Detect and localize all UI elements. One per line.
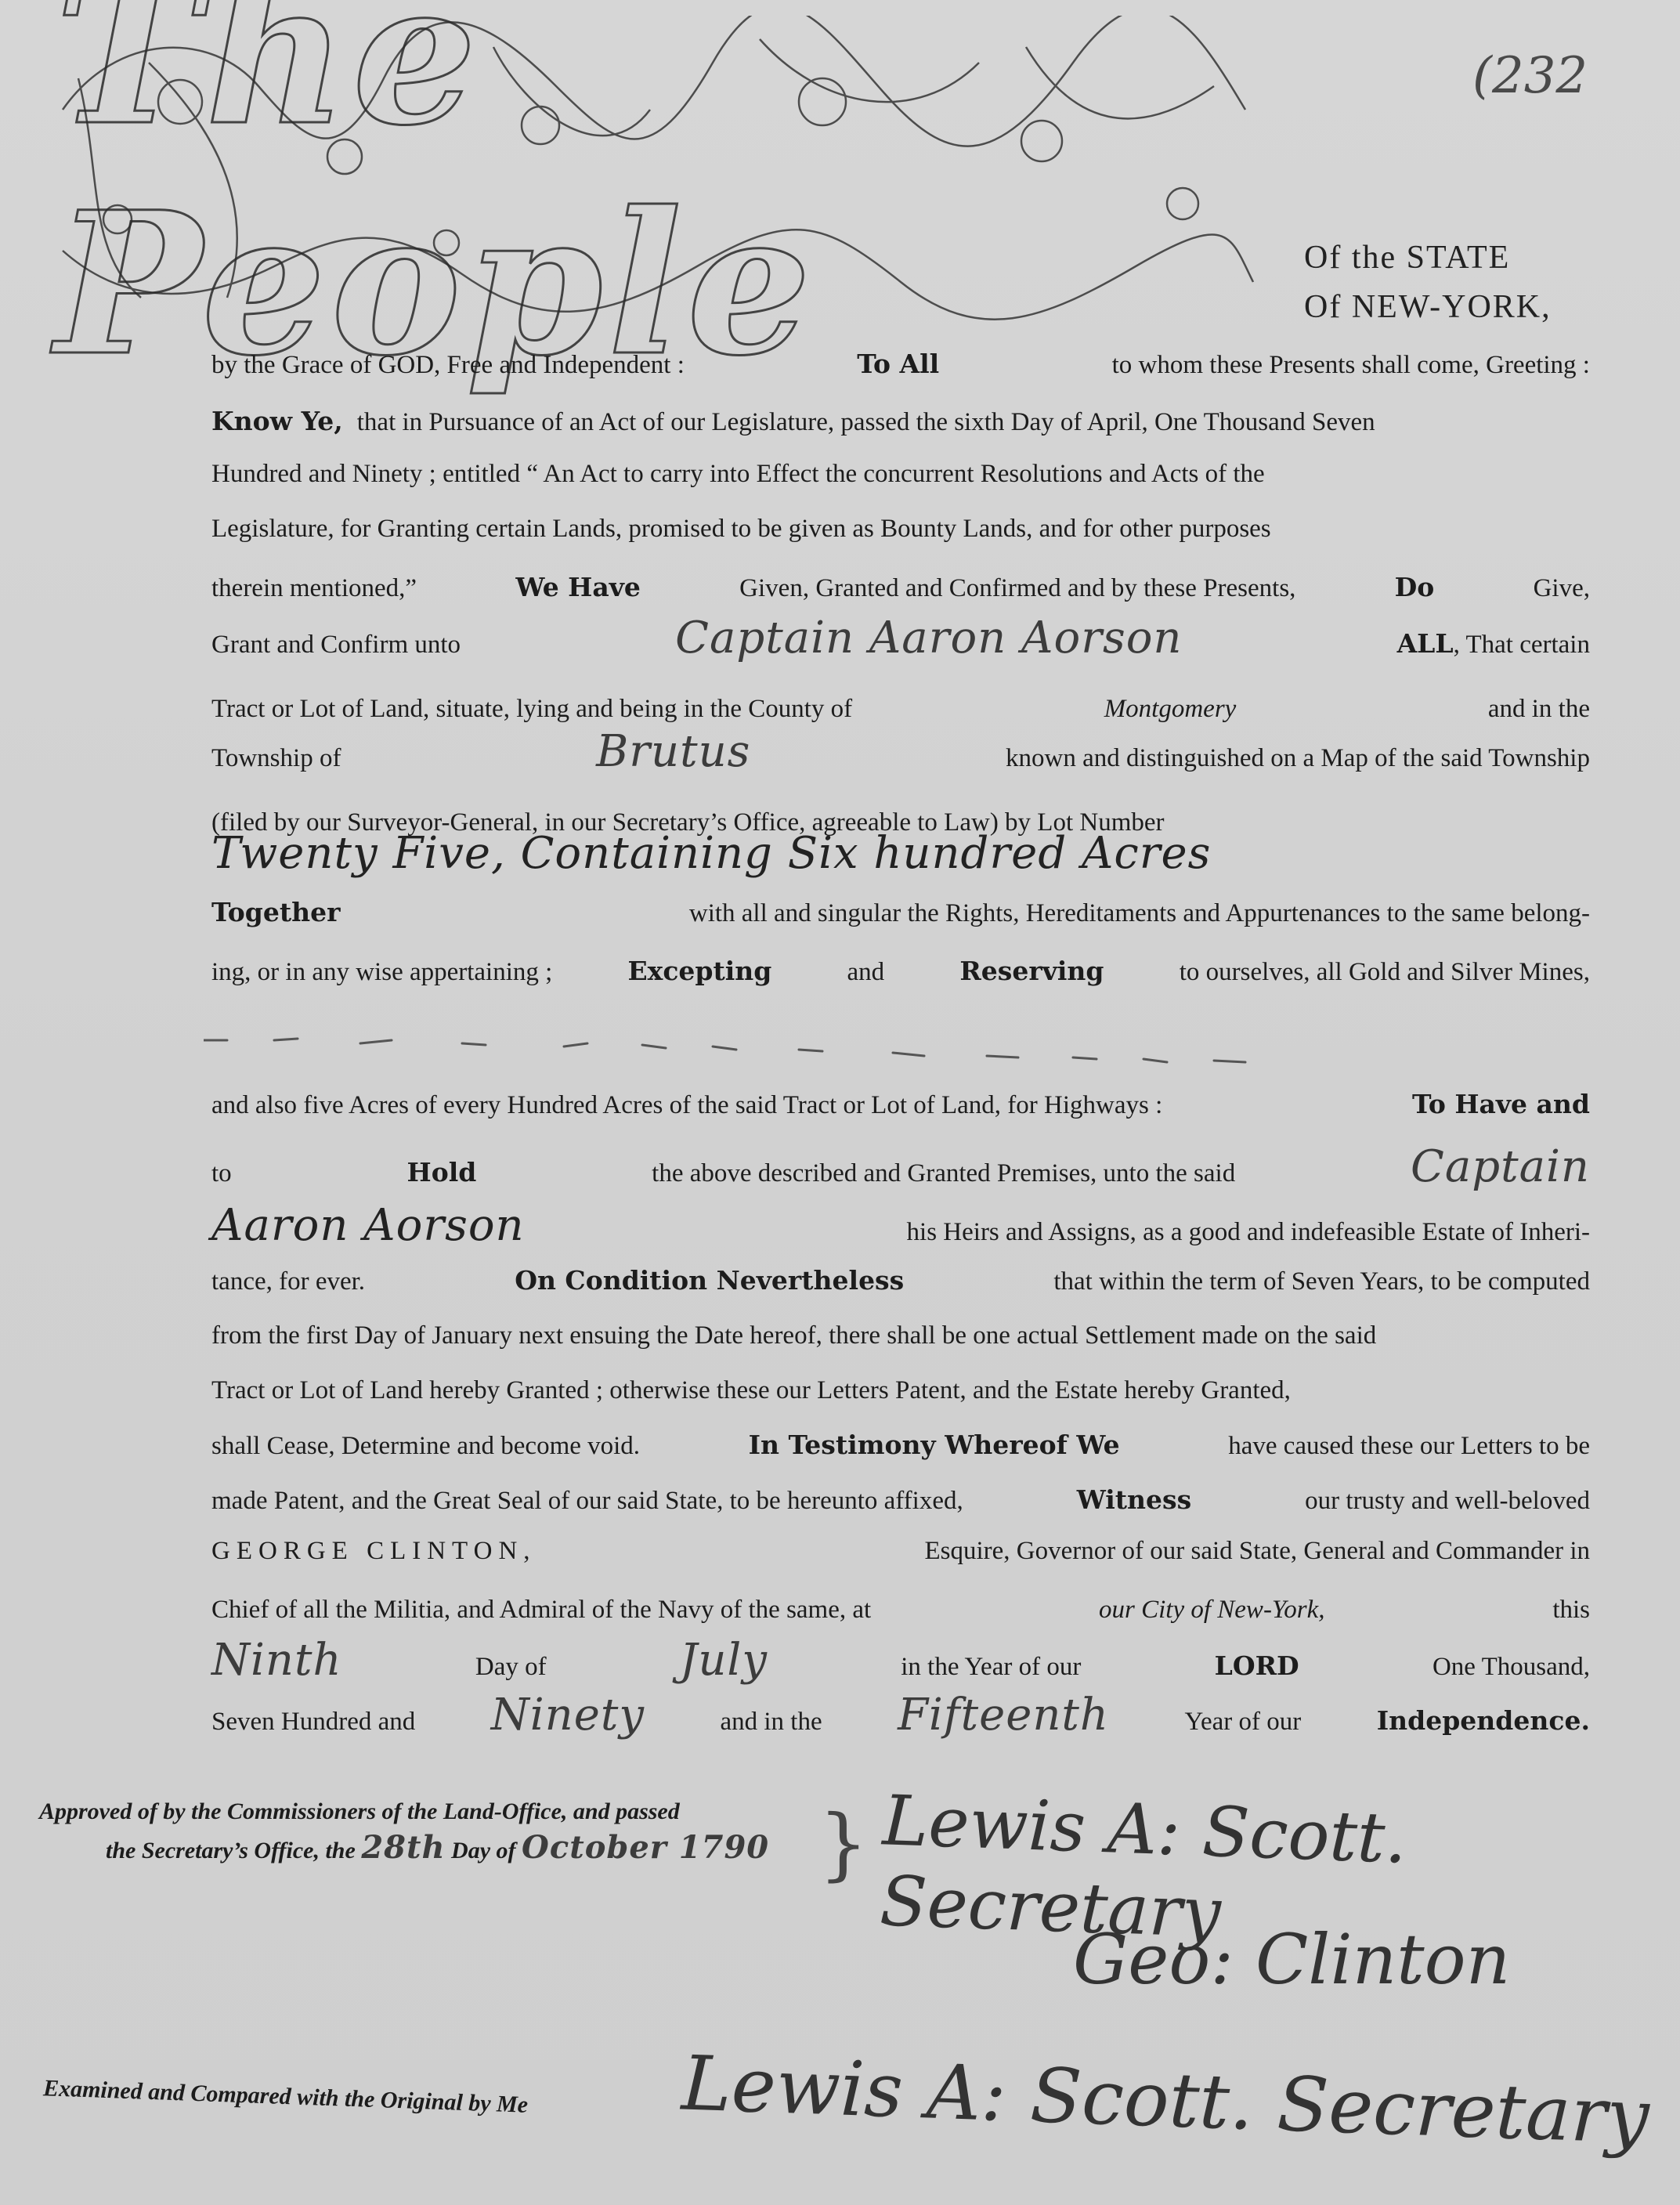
body-line-17: from the first Day of January next ensui…	[211, 1320, 1590, 1351]
blank-dashed-line	[204, 1034, 1582, 1065]
ornamental-banner: The People	[55, 16, 1261, 321]
heading-state: Of the STATE	[1304, 239, 1510, 277]
body-line-23: Ninth Day of July in the Year of our LOR…	[211, 1645, 1590, 1676]
body-line-2: Know Ye, that in Pursuance of an Act of …	[211, 406, 1590, 437]
approval-note: Approved of by the Commissioners of the …	[39, 1794, 822, 1869]
document-page: The People (232 Of the STATE Of NEW-YORK…	[0, 0, 1680, 2205]
body-line-24: Seven Hundred and Ninety and in the Fift…	[211, 1700, 1590, 1731]
body-line-3: Hundred and Ninety ; entitled “ An Act t…	[211, 458, 1590, 490]
body-line-15: Aaron Aorson his Heirs and Assigns, as a…	[211, 1210, 1590, 1242]
handwritten-day: Ninth	[211, 1645, 342, 1676]
brace-icon: }	[818, 1798, 869, 1889]
handwritten-independence-year: Fifteenth	[898, 1700, 1109, 1731]
body-line-21: GEORGE CLINTON, Esquire, Governor of our…	[211, 1535, 1590, 1567]
heading-new-york: Of NEW-YORK,	[1304, 288, 1552, 326]
body-line-19: shall Cease, Determine and become void. …	[211, 1430, 1590, 1461]
handwritten-approved-day: 28th	[361, 1829, 445, 1866]
handwritten-lot-line: Twenty Five, Containing Six hundred Acre…	[211, 838, 1211, 869]
signature-governor: Geo: Clinton	[1073, 1919, 1510, 2000]
body-line-6: Grant and Confirm unto Captain Aaron Aor…	[211, 623, 1590, 654]
body-line-11: Together with all and singular the Right…	[211, 897, 1590, 928]
body-line-1: by the Grace of GOD, Free and Independen…	[211, 349, 1590, 380]
body-line-12: ing, or in any wise appertaining ; Excep…	[211, 956, 1590, 987]
body-line-8: Township of Brutus known and distinguish…	[211, 736, 1590, 768]
folio-number: (232	[1472, 47, 1588, 105]
handwritten-year: Ninety	[491, 1700, 645, 1731]
handwritten-grantee-name: Aaron Aorson	[211, 1210, 525, 1242]
body-line-20: made Patent, and the Great Seal of our s…	[211, 1484, 1590, 1516]
body-line-18: Tract or Lot of Land hereby Granted ; ot…	[211, 1375, 1590, 1406]
body-line-22: Chief of all the Militia, and Admiral of…	[211, 1594, 1590, 1625]
body-line-14: to Hold the above described and Granted …	[211, 1151, 1590, 1183]
handwritten-grantee-title: Captain	[1411, 1151, 1590, 1183]
body-line-5: therein mentioned,” We Have Given, Grant…	[211, 572, 1590, 603]
handwritten-grantee: Captain Aaron Aorson	[675, 623, 1182, 654]
body-line-16: tance, for ever. On Condition Neverthele…	[211, 1265, 1590, 1296]
body-line-10-handwritten: Twenty Five, Containing Six hundred Acre…	[211, 838, 1590, 901]
body-line-4: Legislature, for Granting certain Lands,…	[211, 513, 1590, 544]
body-line-13: and also five Acres of every Hundred Acr…	[211, 1089, 1590, 1120]
handwritten-approved-date: October 1790	[522, 1829, 769, 1866]
signature-examiner: Lewis A: Scott. Secretary	[680, 2039, 1650, 2160]
county-name: Montgomery	[1104, 693, 1237, 725]
dash-line-icon	[204, 1034, 1582, 1065]
banner-title: The People	[55, 16, 1261, 321]
handwritten-township: Brutus	[596, 736, 750, 768]
examined-note: Examined and Compared with the Original …	[43, 2075, 529, 2119]
body-line-7: Tract or Lot of Land, situate, lying and…	[211, 693, 1590, 725]
handwritten-month: July	[680, 1645, 768, 1676]
